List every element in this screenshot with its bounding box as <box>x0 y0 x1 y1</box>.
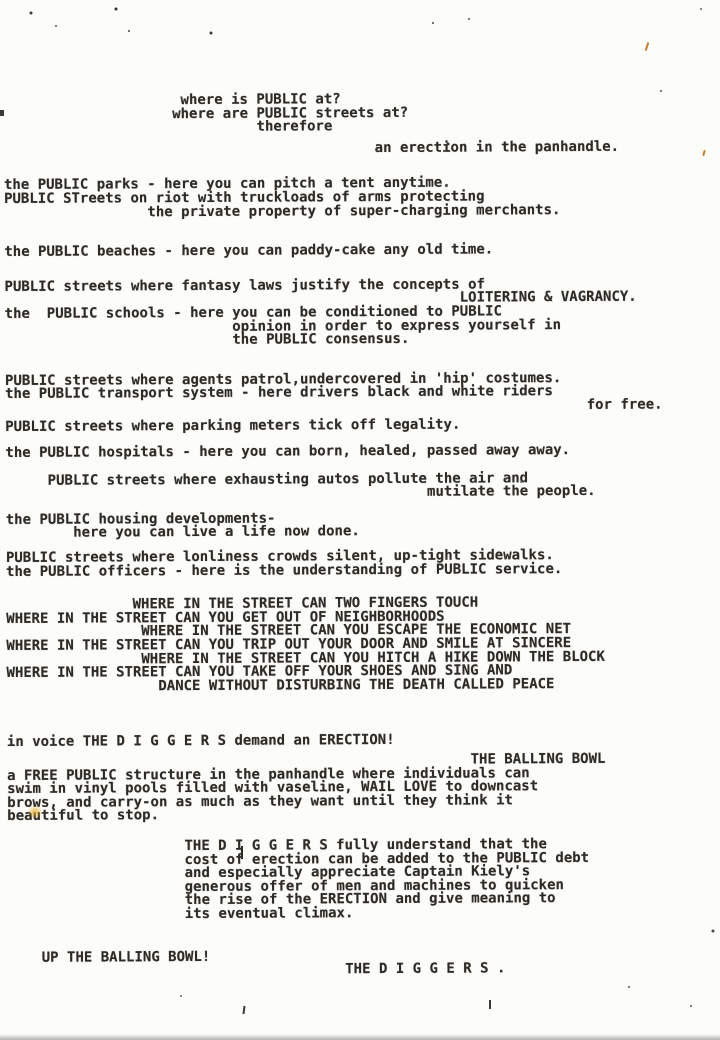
orange-fleck <box>702 150 705 156</box>
text-line: the private property of super-charging m… <box>4 203 662 220</box>
paragraph: UP THE BALLING BOWL! THE D I G G E R S . <box>8 948 666 979</box>
text-line: the PUBLIC officers - here is the unders… <box>6 562 664 579</box>
ink-stroke <box>489 1000 491 1009</box>
text-line: the PUBLIC hospitals - here you can born… <box>5 444 663 461</box>
paragraph: PUBLIC streets where fantasy laws justif… <box>4 277 662 348</box>
paragraph: where is PUBLIC at? where are PUBLIC str… <box>3 92 661 136</box>
paragraph: the PUBLIC hospitals - here you can born… <box>5 444 663 461</box>
text-line: beautiful to stop. <box>7 807 665 824</box>
text-line: THE D I G G E R S . <box>8 962 666 979</box>
text-line: therefore <box>4 119 662 136</box>
paragraph: THE D I G G E R S fully understand that … <box>7 838 665 923</box>
typewritten-text: where is PUBLIC at? where are PUBLIC str… <box>3 0 666 979</box>
text-line: for free. <box>5 398 663 415</box>
scanned-page: where is PUBLIC at? where are PUBLIC str… <box>0 0 720 1040</box>
scan-edge-tick <box>0 110 4 116</box>
paragraph: PUBLIC streets where agents patrol,under… <box>5 371 663 415</box>
paragraph: an erection in the panhandle. <box>4 140 662 157</box>
yellow-stain <box>27 805 43 819</box>
text-line: mutilate the people. <box>6 485 664 502</box>
text-line: the PUBLIC beaches - here you can paddy-… <box>4 243 662 260</box>
ink-stroke <box>242 1006 245 1014</box>
ink-stroke <box>241 846 243 859</box>
text-line: here you can live a life now done. <box>6 524 664 541</box>
paragraph: WHERE IN THE STREET CAN TWO FINGERS TOUC… <box>6 596 664 695</box>
paragraph: PUBLIC streets where lonliness crowds si… <box>6 549 664 580</box>
paragraph: the PUBLIC housing developments- here yo… <box>6 510 664 541</box>
text-line: an erection in the panhandle. <box>4 140 662 157</box>
text-line: in voice THE D I G G E R S demand an ERE… <box>7 733 665 750</box>
paragraph: PUBLIC streets where parking meters tick… <box>5 417 663 434</box>
paragraph: the PUBLIC parks - here you can pitch a … <box>4 176 662 220</box>
text-line: PUBLIC streets where parking meters tick… <box>5 417 663 434</box>
paragraph: THE BALLING BOWLa FREE PUBLIC structure … <box>7 753 665 824</box>
paragraph: in voice THE D I G G E R S demand an ERE… <box>7 733 665 750</box>
paragraph: the PUBLIC beaches - here you can paddy-… <box>4 243 662 260</box>
text-line: the PUBLIC consensus. <box>5 332 663 349</box>
paragraph: PUBLIC streets where exhausting autos po… <box>5 471 663 502</box>
text-line: its eventual climax. <box>8 905 666 922</box>
paper-specks <box>0 0 2 2</box>
scan-bottom-edge <box>0 1034 720 1040</box>
text-line: DANCE WITHOUT DISTURBING THE DEATH CALLE… <box>7 677 665 694</box>
